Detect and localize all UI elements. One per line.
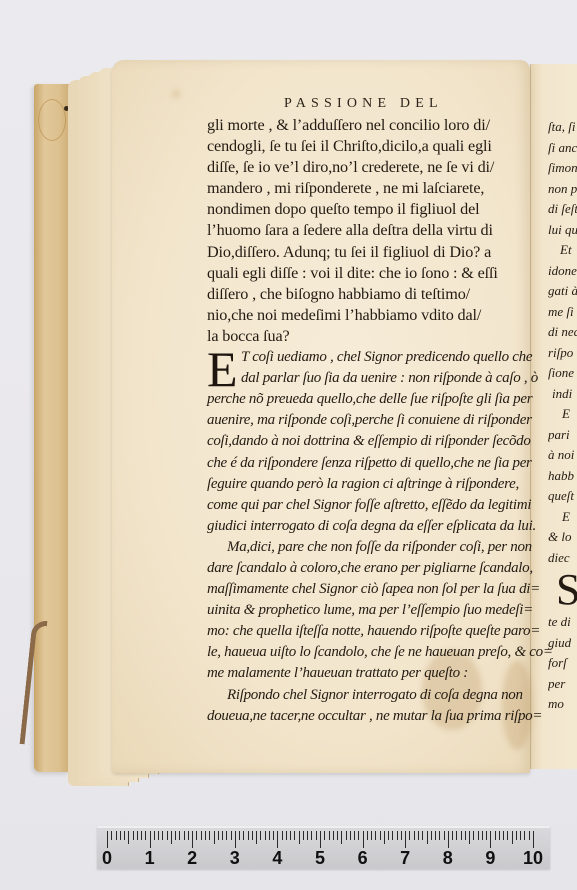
- text-line: nondimen dopo queſto tempo il figliuol d…: [207, 199, 525, 220]
- ruler-tick: [145, 831, 146, 840]
- text-line: coſi,dando à noi dottrina & eſſempio di …: [207, 431, 525, 452]
- text-line: auenire, ma riſponde coſi,perche ſi conu…: [207, 410, 525, 431]
- text-line: à noi: [548, 445, 577, 466]
- ruler-tick: [256, 831, 257, 844]
- ruler-tick: [137, 831, 138, 840]
- ruler-tick: [469, 831, 470, 844]
- text-line: la bocca ſua?: [207, 326, 525, 347]
- ruler-number: 2: [187, 848, 197, 869]
- ruler-tick: [286, 831, 287, 840]
- ruler-number: 4: [272, 848, 282, 869]
- facing-page-text: ſta, ſi ſi anch ſimon non po di ſeſta lu…: [548, 117, 577, 715]
- text-line: forſ: [548, 653, 577, 674]
- ruler-tick: [452, 831, 453, 840]
- text-line: te di: [548, 612, 577, 633]
- ruler-tick: [337, 831, 338, 840]
- text-line: giud: [548, 633, 577, 654]
- text-line: mo: [548, 694, 577, 715]
- text-line: me ſi: [548, 302, 577, 323]
- ruler-tick: [209, 831, 210, 840]
- ruler-tick: [307, 831, 308, 840]
- text-line: mo: che quella iſteſſa notte, hauendo ri…: [207, 621, 525, 642]
- ruler-tick: [196, 831, 197, 840]
- ruler-tick: [439, 831, 440, 840]
- ruler-tick: [171, 831, 172, 844]
- text-line: giudici interrogato di coſa degna da eſſ…: [207, 516, 525, 537]
- text-line: le, haueua uiſto lo ſcandolo, che ſe ne …: [207, 642, 525, 663]
- ruler-tick: [350, 831, 351, 840]
- ruler-tick: [354, 831, 355, 840]
- text-line: maſſimamente chel Signor ciò ſapea non ſ…: [207, 579, 525, 600]
- ruler-tick: [418, 831, 419, 840]
- ruler-number: 0: [102, 848, 112, 869]
- ruler-tick: [248, 831, 249, 840]
- text-line: Riſpondo chel Signor interrogato di coſa…: [207, 685, 525, 706]
- text-line: habb: [548, 466, 577, 487]
- drop-cap: E: [207, 348, 238, 390]
- ruler-tick: [179, 831, 180, 840]
- ruler-number: 6: [358, 848, 368, 869]
- text-line: ſta, ſi: [548, 117, 577, 138]
- ruler-tick: [111, 831, 112, 840]
- text-line: non po: [548, 179, 577, 200]
- text-line: l’huomo ſara a ſedere alla deſtra della …: [207, 220, 525, 241]
- ruler-tick: [141, 831, 142, 840]
- ruler-tick: [235, 831, 236, 848]
- text-line: gati à: [548, 281, 577, 302]
- ruler-number: 7: [400, 848, 410, 869]
- ruler-tick: [150, 831, 151, 848]
- text-line: queſt: [548, 486, 577, 507]
- text-line: E: [548, 404, 577, 425]
- text-line: per: [548, 674, 577, 695]
- text-line: & lo: [548, 527, 577, 548]
- book-photograph: PASSIONE DEL gli morte , & l’adduſſero n…: [0, 0, 577, 890]
- ruler-tick: [252, 831, 253, 840]
- ruler-tick: [503, 831, 504, 840]
- ruler-tick: [107, 831, 108, 848]
- foxing-spot: [172, 90, 180, 98]
- ruler-tick: [512, 831, 513, 844]
- page-body-text: gli morte , & l’adduſſero nel concilio l…: [207, 115, 525, 727]
- ruler-tick: [273, 831, 274, 840]
- ruler-tick: [427, 831, 428, 844]
- ruler-tick: [346, 831, 347, 840]
- ruler-tick: [529, 831, 530, 840]
- text-line: diſſero , che biſogno habbiamo di teſtim…: [207, 284, 525, 305]
- ruler-tick: [435, 831, 436, 840]
- ruler-tick: [405, 831, 406, 848]
- ruler-tick: [265, 831, 266, 840]
- ruler-tick: [192, 831, 193, 848]
- ruler-tick: [188, 831, 189, 840]
- text-line: di ſeſta: [548, 199, 577, 220]
- ruler-tick: [167, 831, 168, 840]
- text-line: indi: [548, 384, 577, 405]
- ruler-tick: [486, 831, 487, 840]
- ruler-tick: [303, 831, 304, 840]
- ruler-tick: [201, 831, 202, 840]
- ruler-tick: [495, 831, 496, 840]
- ruler-tick: [478, 831, 479, 840]
- text-line: gli morte , & l’adduſſero nel concilio l…: [207, 115, 525, 136]
- ruler-tick: [311, 831, 312, 840]
- ruler-tick: [397, 831, 398, 840]
- ruler-tick: [482, 831, 483, 840]
- ruler-tick: [260, 831, 261, 840]
- ruler-tick: [282, 831, 283, 840]
- text-line: Ma,dici, pare che non foſſe da riſponder…: [207, 537, 525, 558]
- cover-stain: [38, 99, 66, 141]
- ruler-tick: [520, 831, 521, 840]
- ruler-tick: [422, 831, 423, 840]
- ruler-tick: [218, 831, 219, 840]
- ruler-tick: [133, 831, 134, 840]
- text-line: dal parlar ſuo ſia da uenire : non riſpo…: [207, 368, 525, 389]
- ruler-tick: [358, 831, 359, 840]
- ruler-tick: [516, 831, 517, 840]
- ruler-tick: [341, 831, 342, 844]
- ruler-tick: [116, 831, 117, 840]
- drop-cap: S: [548, 568, 577, 612]
- ruler-tick: [277, 831, 278, 848]
- text-line: quali egli diſſe : voi il dite: che io ſ…: [207, 263, 525, 284]
- ruler-tick: [375, 831, 376, 840]
- text-line: mandero , mi riſponderete , ne mi laſcia…: [207, 178, 525, 199]
- ruler-tick: [533, 831, 534, 848]
- ruler-tick: [444, 831, 445, 840]
- ruler-tick: [290, 831, 291, 840]
- text-line: ſeguire quando però la ragion ci aſtring…: [207, 474, 525, 495]
- ruler-tick: [269, 831, 270, 840]
- text-line: di nec: [548, 322, 577, 343]
- text-line: me malamente l’haueuan trattato per queſ…: [207, 663, 525, 684]
- ruler-tick: [333, 831, 334, 840]
- ruler-tick: [120, 831, 121, 840]
- ruler-tick: [380, 831, 381, 840]
- ruler-number: 8: [443, 848, 453, 869]
- ruler-tick: [384, 831, 385, 844]
- ruler-tick: [524, 831, 525, 840]
- text-line: come qui par chel Signor foſſe aſtretto,…: [207, 495, 525, 516]
- measurement-ruler: 012345678910: [97, 826, 550, 869]
- ruler-tick: [154, 831, 155, 840]
- ruler-tick: [401, 831, 402, 840]
- running-head: PASSIONE DEL: [284, 96, 443, 112]
- ruler-tick: [490, 831, 491, 848]
- ruler-tick: [320, 831, 321, 848]
- ruler-tick: [507, 831, 508, 840]
- ruler-tick: [414, 831, 415, 840]
- text-line: che é da riſpondere ſenza riſpetto di qu…: [207, 453, 525, 474]
- ruler-tick: [499, 831, 500, 840]
- ruler-tick: [367, 831, 368, 840]
- text-line: ſione: [548, 363, 577, 384]
- text-line: idonei: [548, 261, 577, 282]
- ruler-number: 10: [523, 848, 543, 869]
- ruler-tick: [162, 831, 163, 840]
- ruler-tick: [371, 831, 372, 840]
- ruler-tick: [465, 831, 466, 840]
- ruler-tick: [329, 831, 330, 840]
- text-line: Et: [548, 240, 577, 261]
- text-line: E: [548, 507, 577, 528]
- text-line: Dio,diſſero. Adunq; tu ſei il figliuol d…: [207, 242, 525, 263]
- ruler-tick: [184, 831, 185, 840]
- ruler-tick: [239, 831, 240, 840]
- commentary-paragraph: E T coſi uediamo , chel Signor predicend…: [207, 347, 525, 389]
- ruler-tick: [128, 831, 129, 844]
- ruler-tick: [231, 831, 232, 840]
- text-line: riſpo: [548, 343, 577, 364]
- ruler-tick: [388, 831, 389, 840]
- ruler-tick: [294, 831, 295, 840]
- text-line: ſimon: [548, 158, 577, 179]
- ruler-tick: [158, 831, 159, 840]
- ruler-tick: [448, 831, 449, 848]
- ruler-tick: [175, 831, 176, 840]
- ruler-number: 5: [315, 848, 325, 869]
- text-line: cendogli, ſe tu ſei il Chriſto,dicilo,a …: [207, 136, 525, 157]
- ruler-tick: [392, 831, 393, 840]
- ruler-tick: [431, 831, 432, 840]
- ruler-tick: [299, 831, 300, 844]
- text-line: uinita & prophetico lume, ma per l’eſſem…: [207, 600, 525, 621]
- text-line: ſi anch: [548, 138, 577, 159]
- ruler-number: 9: [485, 848, 495, 869]
- ruler-tick: [214, 831, 215, 844]
- text-line: doueua,ne tacer,ne occultar , ne mutar l…: [207, 706, 525, 727]
- text-line: perche nõ preueda quello,che delle ſue r…: [207, 389, 525, 410]
- text-line: nio,che noi medeſimi l’habbiamo vdito da…: [207, 305, 525, 326]
- ruler-tick: [226, 831, 227, 840]
- ruler-ticks: [107, 831, 533, 849]
- ruler-tick: [243, 831, 244, 840]
- text-line: lui que: [548, 220, 577, 241]
- ruler-tick: [316, 831, 317, 840]
- ruler-tick: [456, 831, 457, 840]
- text-line: T coſi uediamo , chel Signor predicendo …: [207, 347, 525, 368]
- ruler-tick: [473, 831, 474, 840]
- ruler-number: 3: [230, 848, 240, 869]
- ruler-tick: [124, 831, 125, 840]
- text-line: dare ſcandalo à coloro,che erano per pig…: [207, 558, 525, 579]
- text-line: pari: [548, 425, 577, 446]
- ruler-tick: [363, 831, 364, 848]
- text-line: diſſe, ſe io ve’l diro,no’l crederete, n…: [207, 157, 525, 178]
- ruler-tick: [409, 831, 410, 840]
- ruler-tick: [222, 831, 223, 840]
- ruler-tick: [324, 831, 325, 840]
- ruler-tick: [205, 831, 206, 840]
- ruler-number: 1: [145, 848, 155, 869]
- ruler-tick: [461, 831, 462, 840]
